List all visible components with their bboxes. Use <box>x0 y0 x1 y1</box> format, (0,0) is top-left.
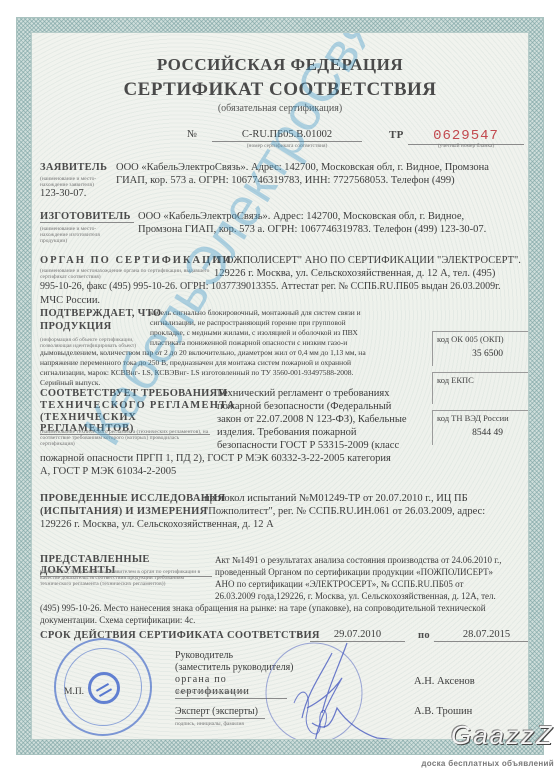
documents-line-4: 26.03.2009 года,129226, г. Москва, ул. С… <box>215 591 529 603</box>
cert-body-caption: (наименование и местонахождение органа п… <box>40 268 212 280</box>
compliance-label-1: СООТВЕТСТВУЕТ ТРЕБОВАНИЯМ <box>40 388 228 399</box>
compliance-line-6: пожарной опасности ПРГП 1, ПД 2), ГОСТ Р… <box>40 453 440 465</box>
applicant-line-1: ООО «КабельЭлектроСвязь». Адрес: 142700,… <box>116 162 529 174</box>
cert-body-line-3: 995-10-26, факс (495) 995-10-26. ОГРН: 1… <box>40 281 529 293</box>
documents-line-2: проведенный Органом по сертификации прод… <box>215 567 529 579</box>
product-line-7: сигнализации, марок: КСВВнг- LS, КСВЭВнг… <box>40 368 420 378</box>
compliance-line-3: закон от 22.07.2008 N 123-ФЗ), Кабельные <box>217 414 432 426</box>
documents-line-1: Акт №1491 о результатах анализа состояни… <box>215 555 529 567</box>
cert-body-line-2: 129226 г. Москва, ул. Сельскохозяйственн… <box>214 268 529 280</box>
manufacturer-caption: (наименование и место-нахождение изготов… <box>40 226 104 244</box>
country-title: РОССИЙСКАЯ ФЕДЕРАЦИЯ <box>32 55 528 75</box>
head-label-3: органа по сертификации <box>175 674 287 699</box>
documents-line-6: документации. Схема сертификации: 4с. <box>40 615 195 627</box>
compliance-line-5: безопасности ГОСТ Р 53315-2009 (класс <box>217 440 432 452</box>
head-label-1: Руководитель <box>175 650 233 662</box>
code-tnved-value: 8544 49 <box>437 428 529 438</box>
compliance-line-7: А, ГОСТ Р МЭК 61034-2-2005 <box>40 466 176 478</box>
applicant-line-2: ГИАП, кор. 573 а. ОГРН: 1067746319783, И… <box>116 175 529 187</box>
product-line-1: кабель сигнально блокировочный, монтажны… <box>150 308 410 318</box>
applicant-label: ЗАЯВИТЕЛЬ <box>40 162 107 173</box>
cert-body-label: ОРГАН ПО СЕРТИФИКАЦИИ <box>40 255 233 266</box>
code-box-tnved: код ТН ВЭД России 8544 49 <box>432 410 529 445</box>
expert-caption: подпись, инициалы, фамилия <box>175 721 244 727</box>
product-line-8: Серийный выпуск. <box>40 378 100 388</box>
stamp-emblem-icon <box>88 672 120 704</box>
code-okp-value: 35 6500 <box>437 349 529 359</box>
stamp-mark: М.П. <box>64 686 84 698</box>
certificate-number-caption: (номер сертификата соответствия) <box>212 143 362 149</box>
code-okp-label: код ОК 005 (ОКП) <box>437 334 529 344</box>
blank-number-caption: (учетный номер бланка) <box>408 143 524 149</box>
product-line-2: сигнализации, не распространяющий горени… <box>150 318 410 328</box>
certificate-sheet: РОССИЙСКАЯ ФЕДЕРАЦИЯ СЕРТИФИКАТ СООТВЕТС… <box>16 17 544 755</box>
certificate-title: СЕРТИФИКАТ СООТВЕТСТВИЯ <box>32 79 528 101</box>
compliance-caption: (наименование технического регламента (т… <box>40 429 210 447</box>
cert-body-line-1: "ПОЖПОЛИСЕРТ" АНО ПО СЕРТИФИКАЦИИ "ЭЛЕКТ… <box>214 255 529 267</box>
head-caption: подпись, инициалы, фамилия <box>175 689 244 695</box>
blank-number: 0629547 <box>433 128 499 144</box>
documents-caption: (документы, представленные заявителем в … <box>40 569 212 587</box>
product-label-2: ПРОДУКЦИЯ <box>40 321 111 332</box>
tests-line-1: протокол испытаний №М01249-ТР от 20.07.2… <box>204 493 529 505</box>
code-tnved-label: код ТН ВЭД России <box>437 413 529 423</box>
validity-to-date: 28.07.2015 <box>434 629 529 642</box>
certificate-number: C-RU.ПБ05.В.01002 <box>212 129 362 142</box>
product-line-5: дымовыделением, количеством пар от 2 до … <box>40 348 420 358</box>
manufacturer-line-2: Промзона ГИАП, кор. 573 а. ОГРН: 1067746… <box>138 224 529 236</box>
product-line-4: пластиката пониженной пожарной опасности… <box>150 338 410 348</box>
manufacturer-label: ИЗГОТОВИТЕЛЬ <box>40 211 134 223</box>
tests-label-1: ПРОВЕДЕННЫЕ ИССЛЕДОВАНИЯ <box>40 493 226 504</box>
code-box-okp: код ОК 005 (ОКП) 35 6500 <box>432 331 529 366</box>
expert-name: А.В. Трошин <box>414 706 472 718</box>
compliance-line-4: изделия. Требования пожарной <box>217 427 432 439</box>
head-label-2: (заместитель руководителя) <box>175 662 294 674</box>
cert-body-line-4: МЧС России. <box>40 295 100 307</box>
certificate-body: РОССИЙСКАЯ ФЕДЕРАЦИЯ СЕРТИФИКАТ СООТВЕТС… <box>31 32 529 740</box>
manufacturer-line-1: ООО «КабельЭлектроСвязь». Адрес: 142700,… <box>138 211 529 223</box>
product-line-6: напряжение переменного тока до 250 В, пр… <box>40 358 420 368</box>
tests-line-3: 129226 г. Москва, ул. Сельскохозяйственн… <box>40 519 274 531</box>
code-box-ekps: код ЕКПС <box>432 372 529 404</box>
certificate-subtitle: (обязательная сертификация) <box>32 103 528 114</box>
expert-label: Эксперт (эксперты) <box>175 706 265 719</box>
product-label-1: ПОДТВЕРЖДАЕТ, ЧТО <box>40 308 161 319</box>
compliance-line-2: пожарной безопасности (Федеральный <box>217 401 432 413</box>
validity-to-prefix: по <box>418 630 430 641</box>
tr-prefix: ТР <box>389 129 404 141</box>
product-line-3: прокладке, с медными жилами, с изоляцией… <box>150 328 410 338</box>
documents-line-5: (495) 995-10-26. Место нанесения знака о… <box>40 603 529 615</box>
head-name: А.Н. Аксенов <box>414 676 475 688</box>
tests-label-2: (ИСПЫТАНИЯ) И ИЗМЕРЕНИЯ <box>40 506 207 517</box>
number-prefix: № <box>187 129 197 141</box>
brand-logo: GaazzZ <box>451 720 554 751</box>
code-ekps-label: код ЕКПС <box>437 375 529 385</box>
brand-tagline: доска бесплатных объявлений <box>421 759 554 768</box>
validity-label: СРОК ДЕЙСТВИЯ СЕРТИФИКАТА СООТВЕТСТВИЯ <box>40 630 320 641</box>
applicant-line-3: 123-30-07. <box>40 188 86 200</box>
signature-icon <box>262 633 432 740</box>
validity-from-date: 29.07.2010 <box>310 629 405 642</box>
validity-from-prefix: с <box>297 630 302 641</box>
applicant-caption: (наименование и место-нахождение заявите… <box>40 176 104 188</box>
tests-line-2: "Пожполитест", рег. № ССПБ.RU.ИН.061 от … <box>204 506 529 518</box>
compliance-line-1: Технический регламент о требованиях <box>217 388 432 400</box>
documents-line-3: АНО по сертификации «ЭЛЕКТРОСЕРТ», № ССП… <box>215 579 529 591</box>
compliance-label-2: ТЕХНИЧЕСКОГО РЕГЛАМЕНТА <box>40 400 236 411</box>
